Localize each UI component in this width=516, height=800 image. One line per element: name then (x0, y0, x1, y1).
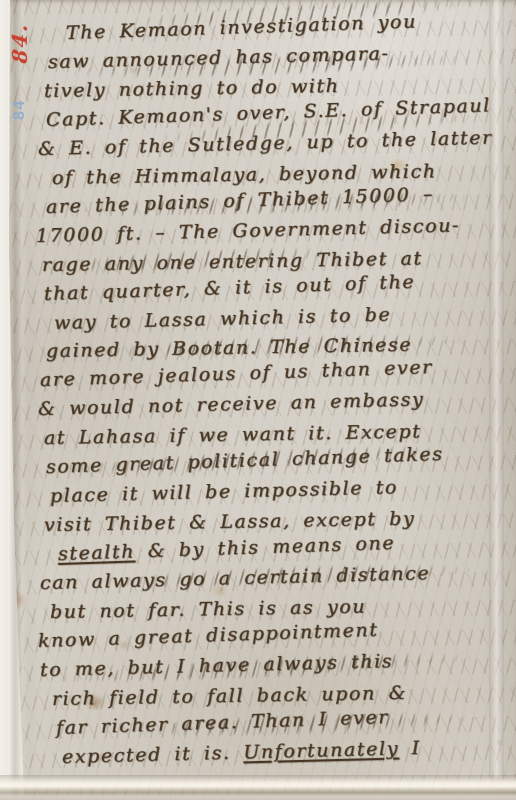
handwritten-line: rage any one entering Thibet at (42, 247, 423, 276)
folio-number-red: 84. (8, 21, 32, 64)
handwritten-line: are more jealous of us than ever (40, 356, 434, 391)
manuscript-page: The Kemaon investigation yousaw announce… (0, 0, 516, 800)
handwritten-line: & E. of the Sutledge, up to the latter (38, 126, 493, 160)
handwritten-line: way to Lassa which is to be (54, 303, 392, 334)
handwritten-line: 17000 ft. – The Government discou- (36, 214, 461, 247)
margin-mark: N (497, 740, 502, 747)
handwritten-line: but not far. This is as you (50, 595, 367, 623)
handwritten-line: that quarter, & it is out of the (44, 270, 416, 304)
manuscript-text: The Kemaon investigation yousaw announce… (0, 0, 516, 800)
handwritten-line: The Kemaon investigation you (66, 10, 418, 44)
handwritten-line: stealth & by this means one (58, 532, 396, 565)
scanned-manuscript: The Kemaon investigation yousaw announce… (0, 0, 516, 800)
handwritten-line: rich field to fall back upon & (52, 682, 407, 710)
handwritten-line: & would not receive an embassy (38, 389, 425, 421)
handwritten-line: place it will be impossible to (50, 476, 399, 507)
handwritten-line: visit Thibet & Lassa, except by (44, 508, 416, 536)
handwritten-line: some great political change takes (46, 443, 444, 478)
folio-number-blue: 84 (11, 99, 29, 120)
handwritten-line: expected it is. Unfortunately I (62, 737, 421, 768)
handwritten-line: tively nothing to do with (44, 75, 340, 102)
handwritten-line: saw announced has compara- (48, 42, 390, 73)
handwritten-line: can always go a certain distance (40, 562, 431, 594)
handwritten-line: know a great disappointment (38, 619, 379, 652)
handwritten-line: to me, but I have always this (40, 650, 394, 681)
handwritten-line: far richer area. Than I ever (56, 706, 390, 739)
